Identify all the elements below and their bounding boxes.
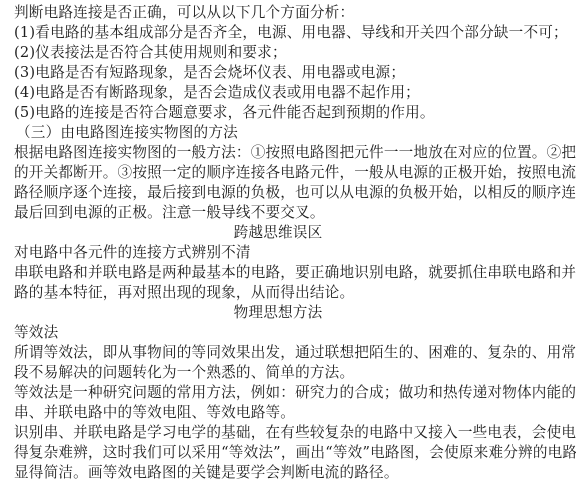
section-3-line-4: 最后回到电源的正极。注意一般导线不要交叉。 (14, 203, 325, 223)
misconceptions-line-2: 路的基本特征，再对照出现的现象，从而得出结论。 (14, 283, 354, 303)
check-item-4: (4)电路是否有断路现象，是否会造成仪表或用电器不起作用； (14, 83, 420, 103)
check-item-5: (5)电路的连接是否符合题意要求，各元件能否起到预期的作用。 (14, 103, 435, 123)
methods-line-1: 所谓等效法，即从事物间的等同效果出发，通过联想把陌生的、困难的、复杂的、用常规手 (14, 343, 576, 363)
section-3-line-1: 根据电路图连接实物图的一般方法：①按照电路图把元件一一地放在对应的位置。②把所有 (14, 143, 576, 163)
section-3-line-3: 路径顺序逐个连接，最后接到电源的负极，也可以从电源的负极开始，以相反的顺序连接， (14, 183, 576, 203)
section-3-line-2: 的开关都断开。③按照一定的顺序连接各电路元件，一般从电源的正极开始，按照电流经过 (14, 163, 576, 183)
check-item-2: (2)仪表接法是否符合其使用规则和要求； (14, 43, 287, 63)
misconceptions-subheading: 对电路中各元件的连接方式辨别不清 (14, 243, 251, 263)
misconceptions-heading: 跨越思维误区 (14, 223, 542, 243)
check-item-3: (3)电路是否有短路现象，是否会烧坏仪表、用电器或电源； (14, 63, 405, 83)
methods-line-6: 得复杂难辨，这时我们可以采用“等效法”，画出“等效”电路图，会使原来难分辨的电路 (14, 443, 576, 463)
misconceptions-line-1: 串联电路和并联电路是两种最基本的电路，要正确地识别电路，就要抓住串联电路和并联电 (14, 263, 576, 283)
check-item-1: (1)看电路的基本组成部分是否齐全，电源、用电器、导线和开关四个部分缺一不可； (14, 23, 568, 43)
intro-text: 判断电路连接是否正确，可以从以下几个方面分析： (14, 3, 354, 23)
methods-subheading: 等效法 (14, 323, 58, 343)
methods-heading: 物理思想方法 (14, 303, 542, 323)
methods-line-5: 识别串、并联电路是学习电学的基础，在有些较复杂的电路中又接入一些电表，会使电路变 (14, 423, 576, 443)
methods-line-4: 串、并联电路中的等效电阻、等效电路等。 (14, 403, 295, 423)
methods-line-3: 等效法是一种研究问题的常用方法，例如：研究力的合成；做功和热传递对物体内能的改变… (14, 383, 576, 403)
methods-line-7: 显得简洁。画等效电路图的关键是要学会判断电流的路径。 (14, 463, 399, 483)
methods-line-2: 段不易解决的问题转化为一个熟悉的、简单的方法。 (14, 363, 354, 383)
section-3-heading: （三）由电路图连接实物图的方法 (16, 123, 238, 143)
